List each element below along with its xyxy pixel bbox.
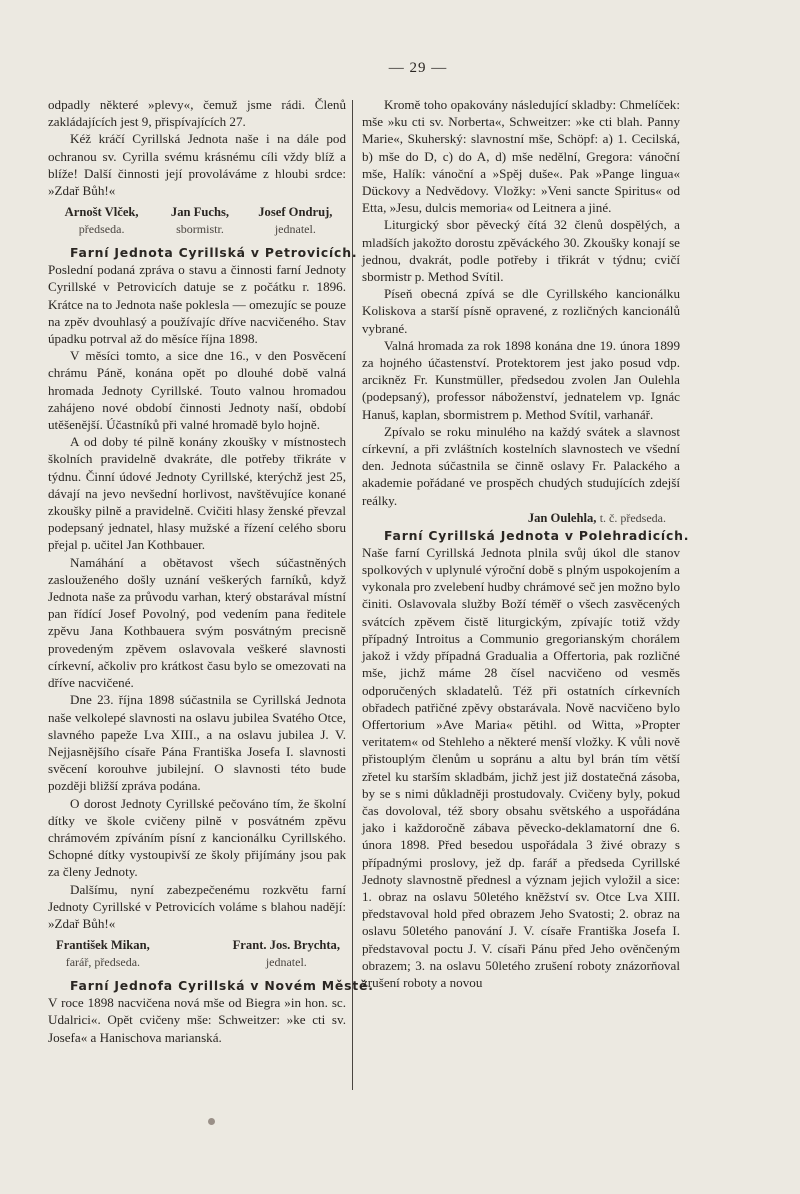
- section-heading: Farní Jednofa Cyrillská v Novém Městě.: [48, 977, 346, 994]
- signature-role: jednatel.: [275, 221, 316, 238]
- paragraph: Poslední podaná zpráva o stavu a činnost…: [48, 261, 346, 347]
- paragraph: Liturgický sbor pěvecký čítá 32 členů do…: [362, 216, 680, 285]
- signature-block: Arnošt Vlček, předseda. Jan Fuchs, sborm…: [48, 204, 346, 238]
- signature-name: Jan Oulehla,: [528, 511, 597, 525]
- signature: Jan Fuchs, sbormistr.: [155, 204, 244, 238]
- paragraph: Dalšímu, nyní zabezpečenému rozkvětu far…: [48, 881, 346, 933]
- signature: Jan Oulehla, t. č. předseda.: [362, 509, 666, 527]
- paragraph: Kromě toho opakovány následující skladby…: [362, 96, 680, 216]
- signature-name: Arnošt Vlček,: [65, 204, 139, 221]
- section-heading: Farní Jednota Cyrillská v Petrovicích.: [48, 244, 346, 261]
- paragraph: Zpívalo se roku minulého na každý svátek…: [362, 423, 680, 509]
- paragraph: Valná hromada za rok 1898 konána dne 19.…: [362, 337, 680, 423]
- paragraph: V měsíci tomto, a sice dne 16., v den Po…: [48, 347, 346, 433]
- paragraph: V roce 1898 nacvičena nová mše od Biegra…: [48, 994, 346, 1046]
- signature-role: farář, předseda.: [66, 954, 140, 971]
- signature-role: předseda.: [79, 221, 125, 238]
- signature-name: Josef Ondruj,: [258, 204, 332, 221]
- signature-name: František Mikan,: [56, 937, 150, 954]
- signature: František Mikan, farář, předseda.: [56, 937, 150, 971]
- signature-name: Frant. Jos. Brychta,: [233, 937, 340, 954]
- paragraph: O dorost Jednoty Cyrillské pečováno tím,…: [48, 795, 346, 881]
- paragraph: Kéž kráčí Cyrillská Jednota naše i na dá…: [48, 130, 346, 199]
- signature-role: sbormistr.: [176, 221, 224, 238]
- paragraph: Dne 23. října 1898 súčastnila se Cyrills…: [48, 691, 346, 794]
- signature-name: Jan Fuchs,: [171, 204, 229, 221]
- column-divider: [352, 100, 353, 1090]
- signature: Josef Ondruj, jednatel.: [245, 204, 346, 238]
- left-column: odpadly některé »plevy«, čemuž jsme rádi…: [48, 96, 346, 1046]
- paragraph: Píseň obecná zpívá se dle Cyrillského ka…: [362, 285, 680, 337]
- paragraph: Namáhání a obětavost všech súčastněných …: [48, 554, 346, 692]
- signature-role: jednatel.: [266, 954, 307, 971]
- signature: Frant. Jos. Brychta, jednatel.: [233, 937, 340, 971]
- section-heading: Farní Cyrillská Jednota v Polehradicích.: [362, 527, 680, 544]
- paper-spot: [208, 1118, 215, 1125]
- paragraph: A od doby té pilně konány zkoušky v míst…: [48, 433, 346, 553]
- signature-block: František Mikan, farář, předseda. Frant.…: [48, 937, 346, 971]
- signature-role: t. č. předseda.: [600, 511, 666, 525]
- signature: Arnošt Vlček, předseda.: [48, 204, 155, 238]
- right-column: Kromě toho opakovány následující skladby…: [362, 96, 680, 991]
- paragraph: odpadly některé »plevy«, čemuž jsme rádi…: [48, 96, 346, 130]
- paragraph: Naše farní Cyrillská Jednota plnila svůj…: [362, 544, 680, 991]
- page-number: — 29 —: [0, 60, 800, 77]
